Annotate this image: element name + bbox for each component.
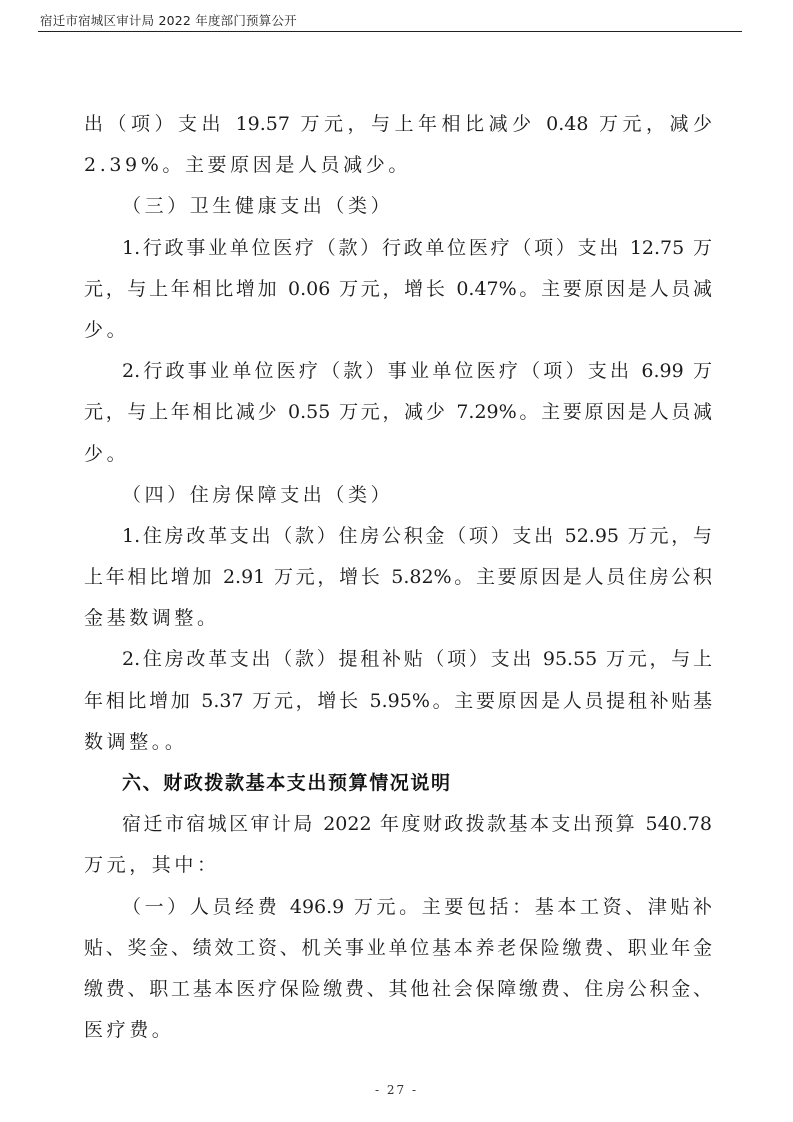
text-line: 年相比增加 5.37 万元，增长 5.95%。主要原因是人员提租补贴基 bbox=[84, 681, 712, 722]
text-line: 元，与上年相比减少 0.55 万元，减少 7.29%。主要原因是人员减 bbox=[84, 392, 712, 433]
text-line: 医疗费。 bbox=[84, 1010, 712, 1051]
text-line: 少。 bbox=[84, 310, 712, 351]
text-line: 上年相比增加 2.91 万元，增长 5.82%。主要原因是人员住房公积 bbox=[84, 557, 712, 598]
text-line: 数调整。。 bbox=[84, 722, 712, 763]
section-subheading: （三）卫生健康支出（类） bbox=[84, 186, 712, 227]
text-line: 2.住房改革支出（款）提租补贴（项）支出 95.55 万元，与上 bbox=[84, 639, 712, 680]
text-line: （一）人员经费 496.9 万元。主要包括：基本工资、津贴补 bbox=[84, 887, 712, 928]
document-body: 出（项）支出 19.57 万元，与上年相比减少 0.48 万元，减少 2.39%… bbox=[84, 104, 712, 1051]
page-number: - 27 - bbox=[0, 1083, 793, 1097]
text-line: 缴费、职工基本医疗保险缴费、其他社会保障缴费、住房公积金、 bbox=[84, 969, 712, 1010]
text-line: 少。 bbox=[84, 434, 712, 475]
text-line: 贴、奖金、绩效工资、机关事业单位基本养老保险缴费、职业年金 bbox=[84, 928, 712, 969]
text-line: 万元，其中： bbox=[84, 845, 712, 886]
text-line: 宿迁市宿城区审计局 2022 年度财政拨款基本支出预算 540.78 bbox=[84, 804, 712, 845]
text-line: 金基数调整。 bbox=[84, 598, 712, 639]
text-line: 元，与上年相比增加 0.06 万元，增长 0.47%。主要原因是人员减 bbox=[84, 269, 712, 310]
text-line: 2.39%。主要原因是人员减少。 bbox=[84, 145, 712, 186]
page-header: 宿迁市宿城区审计局 2022 年度部门预算公开 bbox=[38, 9, 742, 32]
section-subheading: （四）住房保障支出（类） bbox=[84, 475, 712, 516]
document-title: 宿迁市宿城区审计局 2022 年度部门预算公开 bbox=[40, 11, 297, 29]
text-line: 出（项）支出 19.57 万元，与上年相比减少 0.48 万元，减少 bbox=[84, 104, 712, 145]
text-line: 1.行政事业单位医疗（款）行政单位医疗（项）支出 12.75 万 bbox=[84, 228, 712, 269]
section-heading: 六、财政拨款基本支出预算情况说明 bbox=[84, 763, 712, 804]
text-line: 1.住房改革支出（款）住房公积金（项）支出 52.95 万元，与 bbox=[84, 516, 712, 557]
text-line: 2.行政事业单位医疗（款）事业单位医疗（项）支出 6.99 万 bbox=[84, 351, 712, 392]
